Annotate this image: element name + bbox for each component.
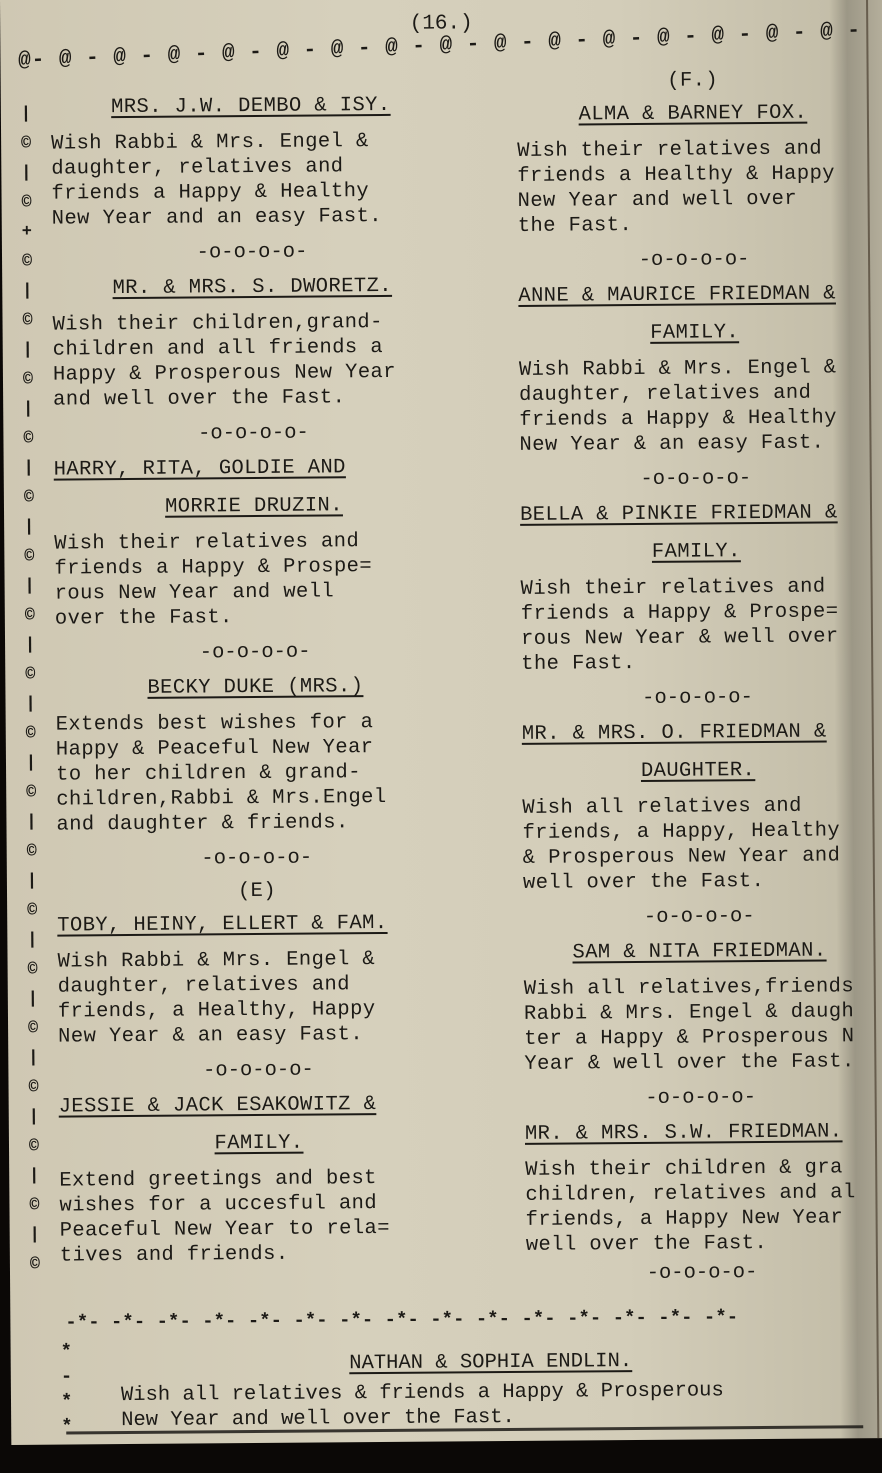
border-glyph: © <box>27 896 37 926</box>
entry-duke: BECKY DUKE (MRS.) Extends best wishes fo… <box>55 671 456 837</box>
entry-name: JESSIE & JACK ESAKOWITZ & <box>59 1089 459 1122</box>
border-glyph: © <box>28 1073 38 1103</box>
border-glyph: | <box>21 159 31 189</box>
border-glyph: | <box>24 513 34 543</box>
border-glyph: © <box>22 306 32 336</box>
footer-mark: * <box>61 1389 73 1414</box>
entry-body: Wish all relatives and friends, a Happy,… <box>522 793 875 896</box>
separator: -o-o-o-o- <box>518 246 870 274</box>
decorative-left-border: |©|©+©|©|©|©|©|©|©|©|©|©|©|©|©|©|©|©|©|© <box>13 100 48 1280</box>
border-glyph: © <box>25 601 35 631</box>
entry-name: ANNE & MAURICE FRIEDMAN & <box>518 279 870 312</box>
border-glyph: | <box>29 1103 39 1133</box>
footer-mark: * <box>61 1339 73 1364</box>
entry-dembo: MRS. J.W. DEMBO & ISY. Wish Rabbi & Mrs.… <box>51 90 452 231</box>
entry-body: Wish their children & gra children, rela… <box>525 1155 878 1258</box>
border-glyph: | <box>27 867 37 897</box>
entry-body: Wish Rabbi & Mrs. Engel & daughter, rela… <box>519 355 872 458</box>
border-glyph: | <box>29 1162 39 1192</box>
entry-name-cont: FAMILY. <box>59 1127 459 1160</box>
border-glyph: | <box>23 395 33 425</box>
border-glyph: | <box>29 1221 39 1251</box>
entry-body: Wish all relatives & friends a Happy & P… <box>121 1377 861 1433</box>
border-glyph: | <box>26 808 36 838</box>
border-glyph: © <box>26 778 36 808</box>
entry-name: MR. & MRS. S. DWORETZ. <box>52 271 452 304</box>
footer-mark: - <box>61 1364 73 1389</box>
entry-body: Extend greetings and best wishes for a u… <box>59 1165 460 1268</box>
border-glyph: | <box>22 277 32 307</box>
entry-body: Wish their relatives and friends a Happy… <box>521 574 874 677</box>
section-letter-f: (F.) <box>517 67 869 95</box>
border-glyph: © <box>25 660 35 690</box>
entry-body: Wish Rabbi & Mrs. Engel & daughter, rela… <box>51 128 452 231</box>
border-glyph: | <box>21 100 31 130</box>
section-letter-e: (E) <box>57 877 457 905</box>
border-glyph: © <box>29 1191 39 1221</box>
entry-name: MR. & MRS. O. FRIEDMAN & <box>522 717 874 750</box>
entry-name-cont: FAMILY. <box>519 317 871 350</box>
entry-body: Wish Rabbi & Mrs. Engel & daughter, rela… <box>57 946 458 1049</box>
separator: -o-o-o-o- <box>526 1259 878 1287</box>
entry-body: Wish their relatives and friends a Happy… <box>54 528 455 631</box>
entry-body: Extends best wishes for a Happy & Peacef… <box>56 709 457 837</box>
border-glyph: © <box>23 365 33 395</box>
entry-druzin: HARRY, RITA, GOLDIE AND MORRIE DRUZIN. W… <box>54 452 455 631</box>
entry-body: Wish all relatives,friends Rabbi & Mrs. … <box>524 974 877 1077</box>
entry-name: BELLA & PINKIE FRIEDMAN & <box>520 498 872 531</box>
scanned-page: (16.) @- @ - @ - @ - @ - @ - @ - @ - @ -… <box>0 0 882 1445</box>
right-column: (F.) ALMA & BARNEY FOX. Wish their relat… <box>517 63 879 1295</box>
entry-name: TOBY, HEINY, ELLERT & FAM. <box>57 908 457 941</box>
separator: -o-o-o-o- <box>55 638 455 666</box>
border-glyph: © <box>22 247 32 277</box>
border-glyph: | <box>25 631 35 661</box>
border-glyph: | <box>25 690 35 720</box>
border-glyph: | <box>27 926 37 956</box>
border-glyph: | <box>23 454 33 484</box>
entry-o-friedman: MR. & MRS. O. FRIEDMAN & DAUGHTER. Wish … <box>522 717 875 896</box>
entry-bella-pinkie-friedman: BELLA & PINKIE FRIEDMAN & FAMILY. Wish t… <box>520 498 873 677</box>
entry-endlin: NATHAN & SOPHIA ENDLIN. Wish all relativ… <box>121 1345 862 1433</box>
separator: -o-o-o-o- <box>525 1084 877 1112</box>
footer-mark: * <box>61 1414 73 1439</box>
border-glyph: | <box>23 336 33 366</box>
entry-name: NATHAN & SOPHIA ENDLIN. <box>121 1345 861 1381</box>
entry-body: Wish their relatives and friends a Healt… <box>517 136 870 239</box>
entry-dworetz: MR. & MRS. S. DWORETZ. Wish their childr… <box>52 271 453 412</box>
separator: -o-o-o-o- <box>58 1056 458 1084</box>
entry-name: MR. & MRS. S.W. FRIEDMAN. <box>525 1117 877 1150</box>
border-glyph: © <box>21 129 31 159</box>
separator: -o-o-o-o- <box>53 419 453 447</box>
border-glyph: | <box>24 572 34 602</box>
border-glyph: | <box>28 985 38 1015</box>
border-glyph: © <box>24 542 34 572</box>
entry-name-cont: FAMILY. <box>520 536 872 569</box>
border-glyph: © <box>26 719 36 749</box>
entry-name: BECKY DUKE (MRS.) <box>55 671 455 704</box>
border-glyph: © <box>29 1132 39 1162</box>
border-glyph: | <box>26 749 36 779</box>
border-glyph: © <box>27 955 37 985</box>
separator: -o-o-o-o- <box>520 465 872 493</box>
entry-sam-nita-friedman: SAM & NITA FRIEDMAN. Wish all relatives,… <box>523 936 876 1077</box>
border-glyph: © <box>24 483 34 513</box>
separator: -o-o-o-o- <box>52 238 452 266</box>
left-column: MRS. J.W. DEMBO & ISY. Wish Rabbi & Mrs.… <box>51 84 460 1268</box>
decorative-footer-marks: *-** <box>61 1339 73 1439</box>
separator: -o-o-o-o- <box>57 844 457 872</box>
separator: -o-o-o-o- <box>523 903 875 931</box>
entry-esakowitz: JESSIE & JACK ESAKOWITZ & FAMILY. Extend… <box>59 1089 460 1268</box>
entry-anne-maurice-friedman: ANNE & MAURICE FRIEDMAN & FAMILY. Wish R… <box>518 279 871 458</box>
border-glyph: | <box>28 1044 38 1074</box>
entry-fox: ALMA & BARNEY FOX. Wish their relatives … <box>517 98 870 239</box>
border-glyph: © <box>30 1250 40 1280</box>
entry-toby: TOBY, HEINY, ELLERT & FAM. Wish Rabbi & … <box>57 908 458 1049</box>
entry-body: Wish their children,grand- children and … <box>52 309 453 412</box>
entry-name: MRS. J.W. DEMBO & ISY. <box>51 90 451 123</box>
entry-sw-friedman: MR. & MRS. S.W. FRIEDMAN. Wish their chi… <box>525 1117 878 1258</box>
entry-name: ALMA & BARNEY FOX. <box>517 98 869 131</box>
entry-name: HARRY, RITA, GOLDIE AND <box>54 452 454 485</box>
border-glyph: + <box>22 218 32 248</box>
border-glyph: © <box>26 837 36 867</box>
border-glyph: © <box>21 188 31 218</box>
border-glyph: © <box>23 424 33 454</box>
border-glyph: © <box>28 1014 38 1044</box>
entry-name: SAM & NITA FRIEDMAN. <box>523 936 875 969</box>
separator: -o-o-o-o- <box>521 684 873 712</box>
decorative-star-border: -*- -*- -*- -*- -*- -*- -*- -*- -*- -*- … <box>65 1305 882 1333</box>
entry-name-cont: MORRIE DRUZIN. <box>54 490 454 523</box>
entry-name-cont: DAUGHTER. <box>522 755 874 788</box>
